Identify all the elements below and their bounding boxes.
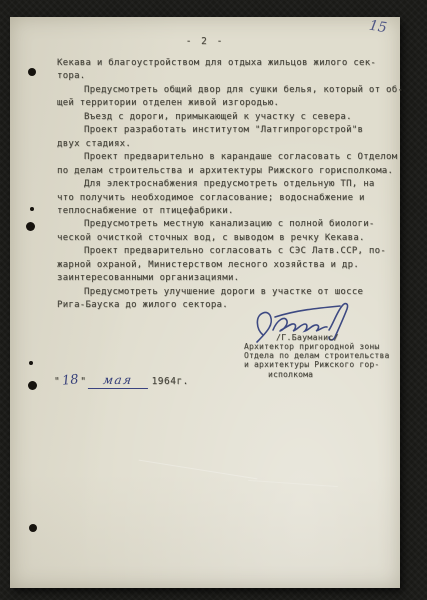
- body-line: жарной охраной, Министерством лесного хо…: [57, 259, 407, 272]
- body-line: Предусмотреть общий двор для сушки белья…: [57, 84, 407, 97]
- signature-title-line: исполкома: [244, 370, 414, 379]
- paper-crease: [139, 460, 258, 480]
- document-body: Кекава и благоустройством для отдыха жил…: [57, 57, 407, 313]
- body-line: тора.: [57, 70, 407, 83]
- body-line: щей территории отделен живой изгородью.: [57, 97, 407, 110]
- signed-name: /Г.Бауманис/: [276, 332, 339, 342]
- signature-title: Архитектор пригородной зоныОтдела по дел…: [244, 342, 414, 379]
- signature-title-line: и архитектуры Рижского гор-: [244, 360, 414, 369]
- body-line: Проект разработать институтом "Латгипрог…: [57, 124, 407, 137]
- punch-hole: [29, 524, 37, 532]
- signature-title-line: Архитектор пригородной зоны: [244, 342, 414, 351]
- date-line: "18"мая1964г.: [54, 373, 189, 393]
- body-line: Въезд с дороги, примыкающей к участку с …: [57, 111, 407, 124]
- punch-hole: [28, 68, 36, 76]
- scan-background: 15 - 2 - Кекава и благоустройством для о…: [0, 0, 427, 600]
- ink-dot: [30, 207, 34, 211]
- body-line: Проект предварительно в карандаше соглас…: [57, 151, 407, 164]
- body-line: Для электроснабжения предусмотреть отдел…: [57, 178, 407, 191]
- document-page: 15 - 2 - Кекава и благоустройством для о…: [10, 17, 400, 588]
- punch-hole: [26, 222, 35, 231]
- body-line: Предусмотреть улучшение дороги в участке…: [57, 286, 407, 299]
- body-line: Проект предварительно согласовать с СЭС …: [57, 245, 407, 258]
- page-number: - 2 -: [10, 36, 400, 47]
- date-day: 18: [59, 372, 81, 389]
- body-line: что получить необходимое согласование; в…: [57, 192, 407, 205]
- body-line: двух стадиях.: [57, 138, 407, 151]
- punch-hole: [28, 381, 37, 390]
- date-year: 1964г.: [152, 376, 189, 387]
- body-line: ческой очисткой сточных вод, с выводом в…: [57, 232, 407, 245]
- body-line: теплоснабжение от птицефабрики.: [57, 205, 407, 218]
- corner-page-annotation: 15: [368, 18, 388, 37]
- body-line: Предусмотреть местную канализацию с полн…: [57, 218, 407, 231]
- date-month: мая: [88, 373, 150, 389]
- ink-dot: [29, 361, 33, 365]
- body-line: заинтересованными организациями.: [57, 272, 407, 285]
- paper-crease: [248, 480, 338, 487]
- close-quote: ": [80, 376, 86, 387]
- body-line: по делам строительства и архитектуры Риж…: [57, 165, 407, 178]
- body-line: Кекава и благоустройством для отдыха жил…: [57, 57, 407, 70]
